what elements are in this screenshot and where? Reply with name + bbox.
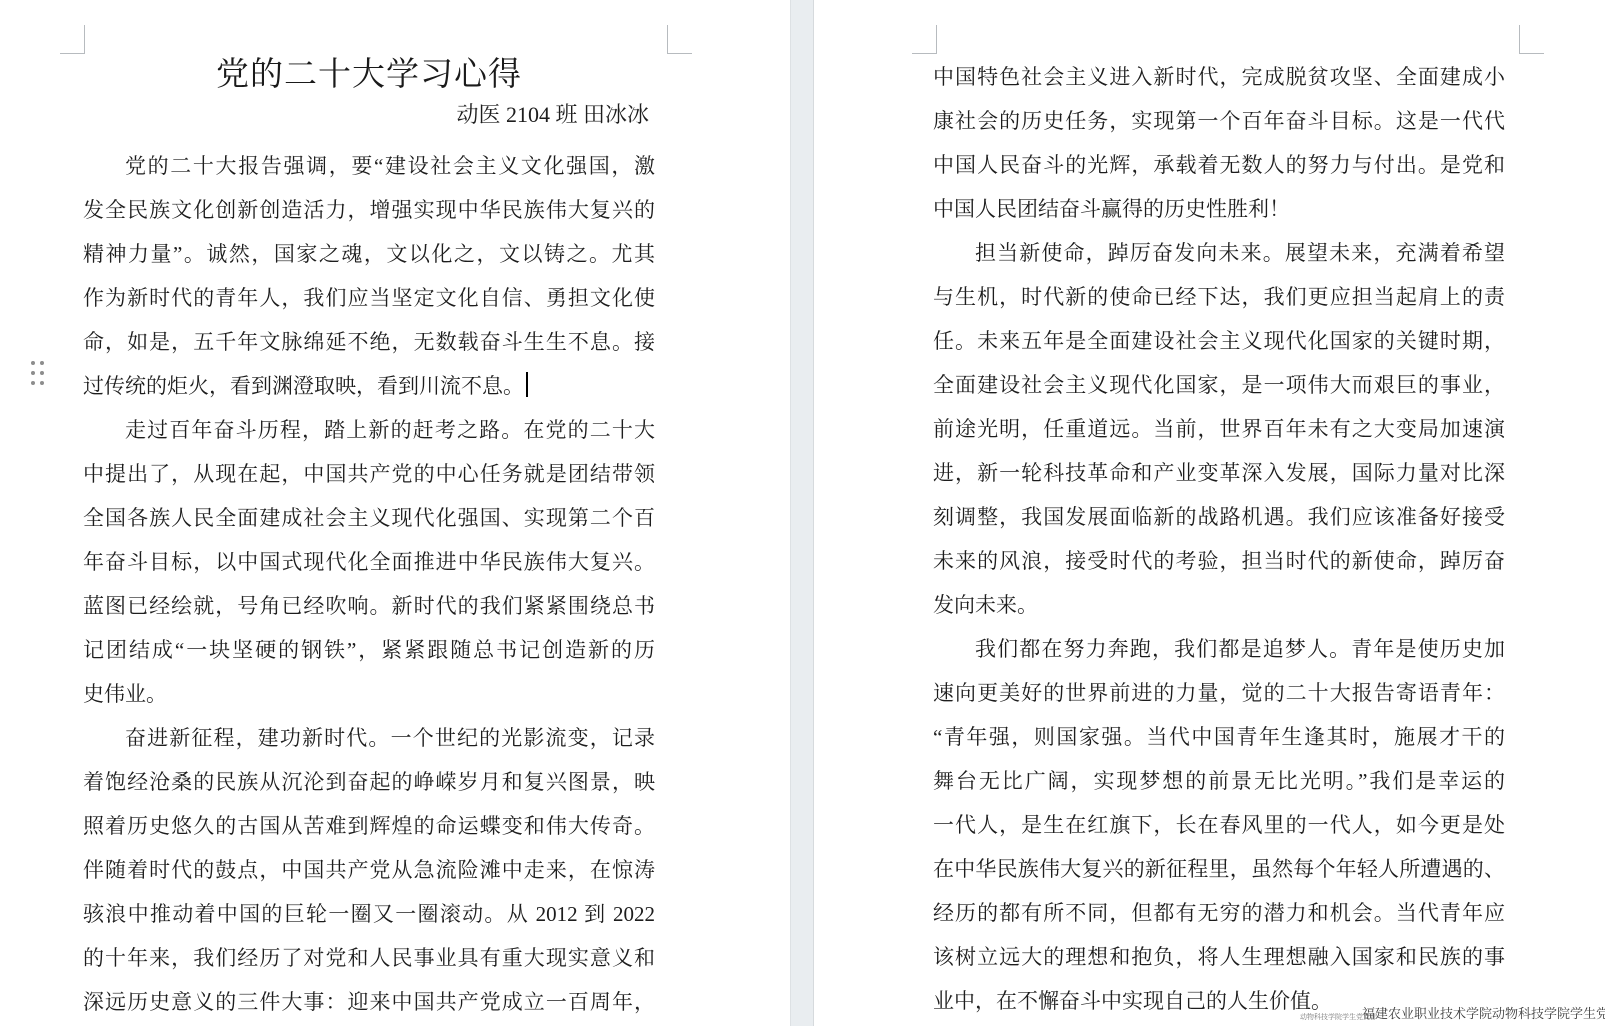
- paragraph: 我们都在努力奔跑，我们都是追梦人。青年是使历史加速向更美好的世界前进的力量，觉的…: [933, 627, 1505, 1023]
- text-line[interactable]: “青年强，则国家强。当代中国青年生逢其时，施展才干的: [933, 715, 1505, 759]
- text-line[interactable]: 精神力量”。诚然，国家之魂，文以化之，文以铸之。尤其: [83, 232, 655, 276]
- text-line[interactable]: 骇浪中推动着中国的巨轮一圈又一圈滚动。从 2012 到 2022: [83, 892, 655, 936]
- page-left-content: 党的二十大学习心得 动医 2104 班 田冰冰 党的二十大报告强调，要“建设社会…: [83, 52, 655, 1024]
- text-line[interactable]: 党的二十大报告强调，要“建设社会主义文化强国，激: [83, 144, 655, 188]
- text-line[interactable]: 中提出了，从现在起，中国共产党的中心任务就是团结带领: [83, 452, 655, 496]
- text-line[interactable]: 中国人民奋斗的光辉，承载着无数人的努力与付出。是党和: [933, 143, 1505, 187]
- text-line[interactable]: 发全民族文化创新创造活力，增强实现中华民族伟大复兴的: [83, 188, 655, 232]
- text-line[interactable]: 伴随着时代的鼓点，中国共产党从急流险滩中走来，在惊涛: [83, 848, 655, 892]
- text-line[interactable]: 走过百年奋斗历程，踏上新的赶考之路。在党的二十大: [83, 408, 655, 452]
- text-line[interactable]: 发向未来。: [933, 583, 1505, 627]
- page-right-body: 中国特色社会主义进入新时代，完成脱贫攻坚、全面建成小康社会的历史任务，实现第一个…: [933, 55, 1505, 1023]
- text-cursor: [526, 372, 528, 397]
- text-line[interactable]: 在中华民族伟大复兴的新征程里，虽然每个年轻人所遭遇的、: [933, 847, 1505, 891]
- text-line[interactable]: 该树立远大的理想和抱负，将人生理想融入国家和民族的事: [933, 935, 1505, 979]
- text-line[interactable]: 速向更美好的世界前进的力量，觉的二十大报告寄语青年：: [933, 671, 1505, 715]
- text-line[interactable]: 过传统的炬火，看到渊澄取映，看到川流不息。: [83, 364, 655, 408]
- text-boundary-mark-left-page-top-right: [667, 25, 692, 54]
- text-line[interactable]: 深远历史意义的三件大事：迎来中国共产党成立一百周年，: [83, 980, 655, 1024]
- text-line[interactable]: 与生机，时代新的使命已经下达，我们更应担当起肩上的责: [933, 275, 1505, 319]
- byline[interactable]: 动医 2104 班 田冰冰: [83, 98, 655, 132]
- text-line[interactable]: 作为新时代的青年人，我们应当坚定文化自信、勇担文化使: [83, 276, 655, 320]
- watermark-text: 福建农业职业技术学院动物科技学院学生党支部: [1362, 1003, 1605, 1022]
- text-line[interactable]: 任。未来五年是全面建设社会主义现代化国家的关键时期，: [933, 319, 1505, 363]
- text-boundary-mark-right-page-top-left: [912, 25, 937, 54]
- paragraph: 奋进新征程，建功新时代。一个世纪的光影流变，记录着饱经沧桑的民族从沉沦到奋起的峥…: [83, 716, 655, 1024]
- text-line[interactable]: 担当新使命，踔厉奋发向未来。展望未来，充满着希望: [933, 231, 1505, 275]
- text-line[interactable]: 年奋斗目标，以中国式现代化全面推进中华民族伟大复兴。: [83, 540, 655, 584]
- text-line[interactable]: 一代人，是生在红旗下，长在春风里的一代人，如今更是处: [933, 803, 1505, 847]
- text-boundary-mark-right-page-top-right: [1519, 25, 1544, 54]
- text-line[interactable]: 进，新一轮科技革命和产业变革深入发展，国际力量对比深: [933, 451, 1505, 495]
- text-line[interactable]: 着饱经沧桑的民族从沉沦到奋起的峥嵘岁月和复兴图景，映: [83, 760, 655, 804]
- text-line[interactable]: 我们都在努力奔跑，我们都是追梦人。青年是使历史加: [933, 627, 1505, 671]
- text-line[interactable]: 蓝图已经绘就，号角已经吹响。新时代的我们紧紧围绕总书: [83, 584, 655, 628]
- page-gutter: [790, 0, 814, 1026]
- text-line[interactable]: 命，如是，五千年文脉绵延不绝，无数载奋斗生生不息。接: [83, 320, 655, 364]
- text-line[interactable]: 记团结成“一块坚硬的钢铁”，紧紧跟随总书记创造新的历: [83, 628, 655, 672]
- text-line[interactable]: 未来的风浪，接受时代的考验，担当时代的新使命，踔厉奋: [933, 539, 1505, 583]
- text-line[interactable]: 奋进新征程，建功新时代。一个世纪的光影流变，记录: [83, 716, 655, 760]
- text-line[interactable]: 舞台无比广阔，实现梦想的前景无比光明。”我们是幸运的: [933, 759, 1505, 803]
- text-line[interactable]: 全国各族人民全面建成社会主义现代化强国、实现第二个百: [83, 496, 655, 540]
- six-dot-drag-handle-icon[interactable]: [31, 361, 44, 385]
- paragraph: 担当新使命，踔厉奋发向未来。展望未来，充满着希望与生机，时代新的使命已经下达，我…: [933, 231, 1505, 627]
- document-canvas: 党的二十大学习心得 动医 2104 班 田冰冰 党的二十大报告强调，要“建设社会…: [0, 0, 1605, 1026]
- text-line[interactable]: 全面建设社会主义现代化国家，是一项伟大而艰巨的事业，: [933, 363, 1505, 407]
- paragraph: 走过百年奋斗历程，踏上新的赶考之路。在党的二十大中提出了，从现在起，中国共产党的…: [83, 408, 655, 716]
- page-left-body: 党的二十大报告强调，要“建设社会主义文化强国，激发全民族文化创新创造活力，增强实…: [83, 144, 655, 1024]
- paragraph: 中国特色社会主义进入新时代，完成脱贫攻坚、全面建成小康社会的历史任务，实现第一个…: [933, 55, 1505, 231]
- text-line[interactable]: 前途光明，任重道远。当前，世界百年未有之大变局加速演: [933, 407, 1505, 451]
- document-title[interactable]: 党的二十大学习心得: [83, 52, 655, 98]
- text-line[interactable]: 中国人民团结奋斗赢得的历史性胜利！: [933, 187, 1505, 231]
- text-boundary-mark-left-page-top-left: [60, 25, 85, 54]
- text-line[interactable]: 的十年来，我们经历了对党和人民事业具有重大现实意义和: [83, 936, 655, 980]
- text-line[interactable]: 照着历史悠久的古国从苦难到辉煌的命运蝶变和伟大传奇。: [83, 804, 655, 848]
- text-line[interactable]: 经历的都有所不同，但都有无穷的潜力和机会。当代青年应: [933, 891, 1505, 935]
- text-line[interactable]: 康社会的历史任务，实现第一个百年奋斗目标。这是一代代: [933, 99, 1505, 143]
- text-line[interactable]: 刻调整，我国发展面临新的战路机遇。我们应该准备好接受: [933, 495, 1505, 539]
- paragraph: 党的二十大报告强调，要“建设社会主义文化强国，激发全民族文化创新创造活力，增强实…: [83, 144, 655, 408]
- text-line[interactable]: 中国特色社会主义进入新时代，完成脱贫攻坚、全面建成小: [933, 55, 1505, 99]
- text-line[interactable]: 史伟业。: [83, 672, 655, 716]
